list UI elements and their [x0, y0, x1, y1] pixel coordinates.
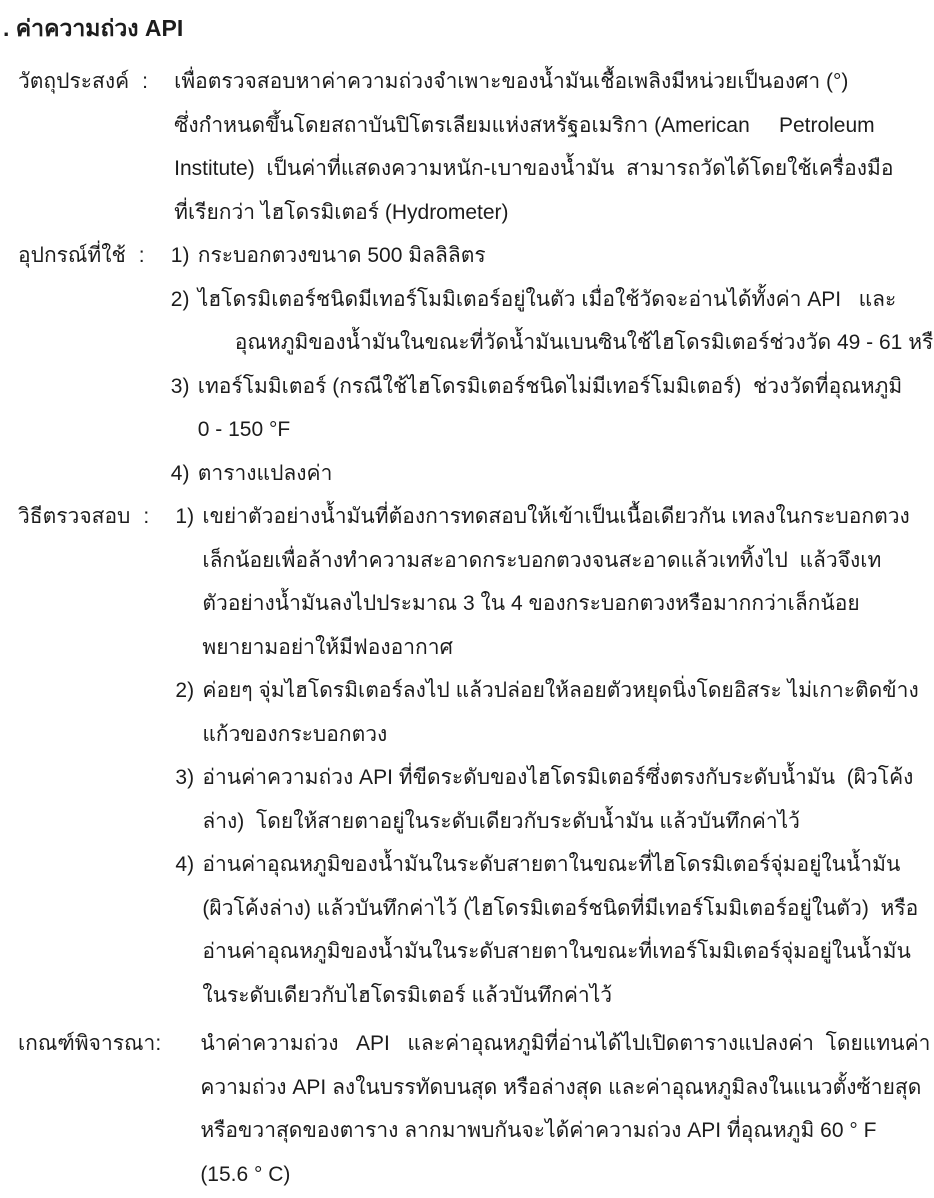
text-line: เพื่อตรวจสอบหาค่าความถ่วงจำเพาะของน้ำมัน… [174, 60, 934, 104]
text-line: อ่านค่าอุณหภูมิของน้ำมันในระดับสายตาในขณ… [202, 843, 934, 887]
item-number: 4) [175, 843, 202, 887]
page-title: . ค่าความถ่วง API [3, 5, 934, 51]
text-line: ความถ่วง API ลงในบรรทัดบนสุด หรือล่างสุด… [200, 1066, 934, 1110]
text-line: นำค่าความถ่วง API และค่าอุณหภูมิที่อ่านไ… [200, 1022, 934, 1066]
item-number: 2) [171, 278, 198, 322]
text-line: ในระดับเดียวกับไฮโดรมิเตอร์ แล้วบันทึกค่… [202, 974, 934, 1018]
section-content: 1) เขย่าตัวอย่างน้ำมันที่ต้องการทดสอบให้… [175, 495, 934, 1017]
section-objective: วัตถุประสงค์ : เพื่อตรวจสอบหาค่าความถ่วง… [0, 60, 934, 234]
text-line: เทอร์โมมิเตอร์ (กรณีใช้ไฮโดรมิเตอร์ชนิดไ… [198, 365, 934, 409]
section-method: วิธีตรวจสอบ : 1) เขย่าตัวอย่างน้ำมันที่ต… [0, 495, 934, 1017]
section-equipment: อุปกรณ์ที่ใช้ : 1) กระบอกตวงขนาด 500 มิล… [0, 234, 934, 495]
text-line: เล็กน้อยเพื่อล้างทำความสะอาดกระบอกตวงจนส… [202, 539, 934, 583]
section-content: 1) กระบอกตวงขนาด 500 มิลลิลิตร 2) ไฮโดรม… [171, 234, 934, 495]
list-item: 1) เขย่าตัวอย่างน้ำมันที่ต้องการทดสอบให้… [175, 495, 934, 669]
list-item: 3) อ่านค่าความถ่วง API ที่ขีดระดับของไฮโ… [175, 756, 934, 843]
text-line: Institute) เป็นค่าที่แสดงความหนัก-เบาของ… [174, 147, 934, 191]
item-number: 1) [175, 495, 202, 539]
section-criteria: เกณฑ์พิจารณา : นำค่าความถ่วง API และค่าอ… [0, 1022, 934, 1196]
text-line: อ่านค่าอุณหภูมิของน้ำมันในระดับสายตาในขณ… [202, 930, 934, 974]
list-item: เพื่อตรวจสอบหาค่าความถ่วงจำเพาะของน้ำมัน… [174, 60, 934, 234]
text-line: ตารางแปลงค่า [198, 452, 934, 496]
text-line: พยายามอย่าให้มีฟองอากาศ [202, 626, 934, 670]
text-line: อุณหภูมิของน้ำมันในขณะที่วัดน้ำมันเบนซิน… [198, 321, 934, 365]
text-line: แก้วของกระบอกตวง [202, 713, 934, 757]
item-number: 4) [171, 452, 198, 496]
section-colon: : [155, 1022, 200, 1066]
section-colon: : [126, 234, 171, 278]
item-number: 1) [171, 234, 198, 278]
text-line: ซึ่งกำหนดขึ้นโดยสถาบันปิโตรเลียมแห่งสหรั… [174, 104, 934, 148]
section-colon: : [129, 60, 174, 104]
section-colon: : [130, 495, 175, 539]
item-number: 3) [171, 365, 198, 409]
text-line: ค่อยๆ จุ่มไฮโดรมิเตอร์ลงไป แล้วปล่อยให้ล… [202, 669, 934, 713]
section-label: วัตถุประสงค์ [18, 60, 129, 104]
text-line: อ่านค่าความถ่วง API ที่ขีดระดับของไฮโดรม… [202, 756, 934, 800]
text-line: ที่เรียกว่า ไฮโดรมิเตอร์ (Hydrometer) [174, 191, 934, 235]
text-line: ไฮโดรมิเตอร์ชนิดมีเทอร์โมมิเตอร์อยู่ในตั… [198, 278, 934, 322]
list-item: 4) ตารางแปลงค่า [171, 452, 934, 496]
text-line: (15.6 ° C) [200, 1153, 934, 1197]
text-line: 0 - 150 °F [198, 408, 934, 452]
list-item: 2) ไฮโดรมิเตอร์ชนิดมีเทอร์โมมิเตอร์อยู่ใ… [171, 278, 934, 365]
list-item: 2) ค่อยๆ จุ่มไฮโดรมิเตอร์ลงไป แล้วปล่อยใ… [175, 669, 934, 756]
section-content: เพื่อตรวจสอบหาค่าความถ่วงจำเพาะของน้ำมัน… [174, 60, 934, 234]
text-line: (ผิวโค้งล่าง) แล้วบันทึกค่าไว้ (ไฮโดรมิเ… [202, 887, 934, 931]
list-item: 4) อ่านค่าอุณหภูมิของน้ำมันในระดับสายตาใ… [175, 843, 934, 1017]
item-number: 3) [175, 756, 202, 800]
section-label: อุปกรณ์ที่ใช้ [18, 234, 126, 278]
list-item: 1) กระบอกตวงขนาด 500 มิลลิลิตร [171, 234, 934, 278]
text-line: หรือขวาสุดของตาราง ลากมาพบกันจะได้ค่าควา… [200, 1109, 934, 1153]
section-label: เกณฑ์พิจารณา [18, 1022, 155, 1066]
document-body: . ค่าความถ่วง API วัตถุประสงค์ : เพื่อตร… [0, 0, 934, 1196]
item-number: 2) [175, 669, 202, 713]
list-item: นำค่าความถ่วง API และค่าอุณหภูมิที่อ่านไ… [200, 1022, 934, 1196]
text-line: ล่าง) โดยให้สายตาอยู่ในระดับเดียวกับระดั… [202, 800, 934, 844]
section-content: นำค่าความถ่วง API และค่าอุณหภูมิที่อ่านไ… [200, 1022, 934, 1196]
text-line: เขย่าตัวอย่างน้ำมันที่ต้องการทดสอบให้เข้… [202, 495, 934, 539]
section-label: วิธีตรวจสอบ [18, 495, 130, 539]
document-page: { "document": { "title": ". ค่าความถ่วง … [0, 0, 934, 1198]
list-item: 3) เทอร์โมมิเตอร์ (กรณีใช้ไฮโดรมิเตอร์ชน… [171, 365, 934, 452]
text-line: ตัวอย่างน้ำมันลงไปประมาณ 3 ใน 4 ของกระบอ… [202, 582, 934, 626]
text-line: กระบอกตวงขนาด 500 มิลลิลิตร [198, 234, 934, 278]
